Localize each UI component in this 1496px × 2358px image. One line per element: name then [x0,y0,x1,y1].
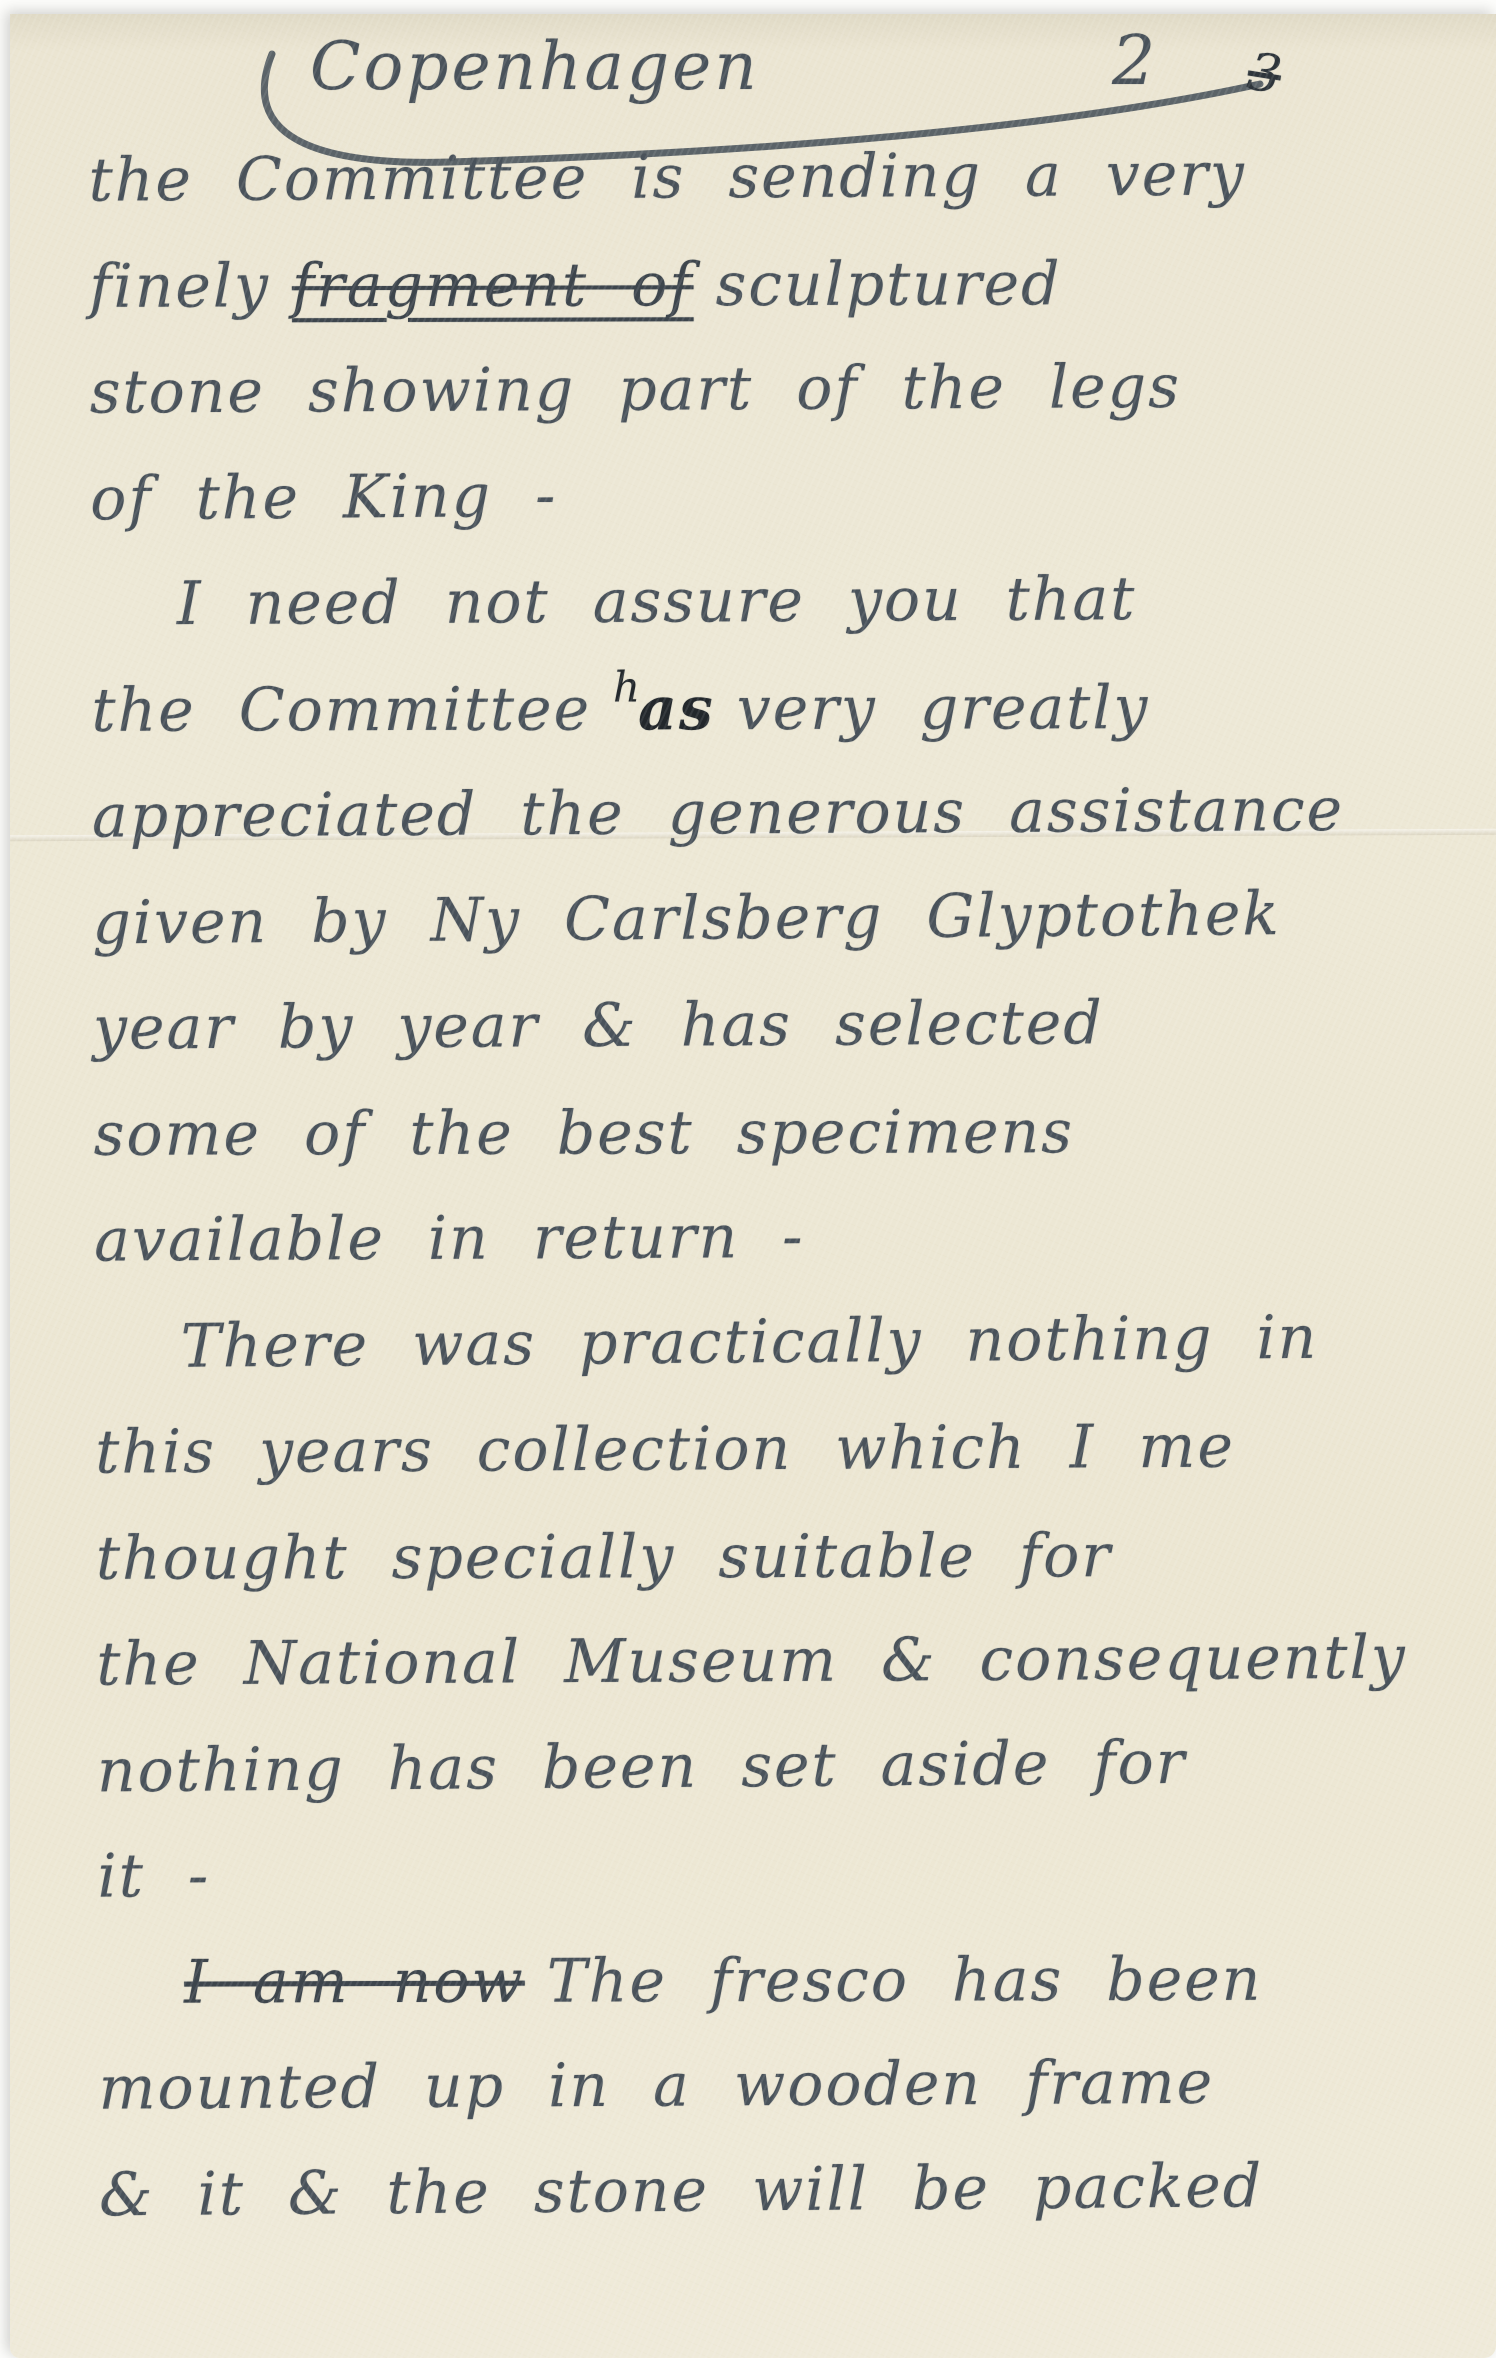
handwritten-line: given by Ny Carlsberg Glyptothek [92,878,1473,995]
handwritten-line: some of the best specimens [94,1096,1474,1206]
paper-sheet: Copenhagen 2 3 the Committee is sending … [10,14,1496,2358]
letter-body: the Committee is sending a veryfinelyfra… [88,138,1479,2265]
handwritten-line: the Committee is sending a very [88,138,1469,251]
text-run: appreciated the generous assistance [92,775,1344,852]
handwritten-line: I am nowThe fresco has been [98,1944,1478,2054]
text-run: mounted up in a wooden frame [98,2048,1214,2124]
text-run: available in return - [94,1202,805,1276]
handwritten-line: the Committeehasvery greatly [91,672,1471,782]
text-run: & it & the stone will be packed [99,2151,1263,2230]
text-run: nothing has been set aside for [97,1728,1187,1807]
text-run: There was practically nothing in [180,1303,1318,1382]
handwritten-line: available in return - [94,1198,1475,1311]
handwritten-line: & it & the stone will be packed [99,2150,1480,2267]
handwritten-line: I need not assure you that [91,562,1472,675]
handwritten-line: it - [97,1834,1478,1947]
handwritten-line: mounted up in a wooden frame [98,2046,1479,2159]
text-run: thought specially suitable for [96,1521,1112,1594]
text-run: I need not assure you that [177,564,1137,639]
handwritten-line: stone showing part of the legs [90,350,1471,463]
text-run: this years collection which I me [95,1412,1235,1488]
handwritten-line: year by year & has selected [93,986,1474,1099]
handwritten-line: nothing has been set aside for [97,1726,1478,1843]
handwritten-line: thought specially suitable for [96,1520,1476,1630]
handwritten-line: of the King - [90,454,1471,571]
text-run: The fresco has been [547,1945,1263,2017]
text-run: year by year & has selected [93,988,1104,1063]
handwritten-line: the National Museum & consequently [96,1622,1477,1735]
text-run: of the King - [90,461,558,535]
text-run: stone showing part of the legs [90,352,1182,428]
handwritten-line: There was practically nothing in [94,1302,1475,1419]
overwritten-text: as [638,674,715,744]
deleted-text: I am now [184,1947,525,2018]
text-run: it - [97,1841,210,1912]
page-number: 2 [1112,22,1155,101]
text-run: the Committee is sending a very [88,140,1246,216]
text-run: finely [89,251,270,321]
text-run: very greatly [737,673,1150,744]
handwritten-line: finelyfragment ofsculptured [89,248,1469,358]
text-run: some of the best specimens [94,1097,1075,1170]
deleted-page-number: 3 [1244,42,1286,106]
text-run: sculptured [715,249,1061,320]
text-run: given by Ny Carlsberg Glyptothek [92,879,1281,958]
handwritten-line: appreciated the generous assistance [92,774,1473,887]
handwritten-line: this years collection which I me [95,1410,1476,1523]
header-location: Copenhagen [310,28,760,105]
deleted-text: fragment of [292,250,694,321]
text-run: the Committee [91,675,591,746]
text-run: the National Museum & consequently [96,1623,1407,1700]
inserted-letter: h [613,662,642,711]
